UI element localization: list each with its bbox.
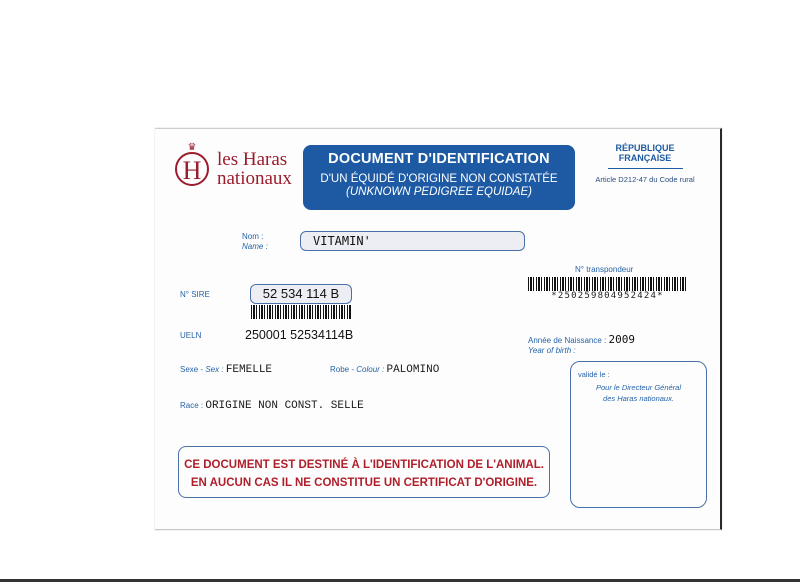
- sire-field: 52 534 114 B: [250, 284, 352, 304]
- logo-line-1: les Haras: [217, 150, 292, 169]
- warning-line-2: EN AUCUN CAS IL NE CONSTITUE UN CERTIFIC…: [179, 474, 549, 492]
- sex-label-fr: Sexe -: [180, 365, 205, 374]
- document-title-banner: DOCUMENT D'IDENTIFICATION D'UN ÉQUIDÉ D'…: [303, 145, 575, 210]
- sex-field: Sexe - Sex : FEMELLE: [180, 365, 272, 375]
- transponder-number: *250259804952424*: [525, 291, 690, 301]
- document-subtitle: D'UN ÉQUIDÉ D'ORIGINE NON CONSTATÉE: [303, 173, 575, 185]
- sex-value: FEMELLE: [226, 364, 272, 376]
- birth-label-fr: Année de Naissance :: [528, 336, 606, 345]
- race-label: Race :: [180, 401, 203, 410]
- race-field: Race : ORIGINE NON CONST. SELLE: [180, 401, 364, 411]
- document-subtitle-english: (UNKNOWN PEDIGREE EQUIDAE): [303, 186, 575, 198]
- validation-label: validé le :: [578, 370, 610, 379]
- signature-line-2: des Haras nationaux.: [571, 393, 706, 404]
- republic-title: RÉPUBLIQUE FRANÇAISE: [590, 143, 700, 163]
- validation-signature: Pour le Directeur Général des Haras nati…: [571, 382, 706, 404]
- warning-line-1: CE DOCUMENT EST DESTINÉ À L'IDENTIFICATI…: [179, 456, 549, 474]
- birth-label: Année de Naissance : 2009 Year of birth …: [528, 335, 635, 356]
- document-title: DOCUMENT D'IDENTIFICATION: [303, 151, 575, 167]
- validation-box: validé le : Pour le Directeur Général de…: [570, 361, 707, 508]
- transponder-barcode: [528, 277, 686, 291]
- colour-label-en: Colour :: [356, 365, 384, 374]
- name-field: VITAMIN': [300, 231, 525, 251]
- signature-line-1: Pour le Directeur Général: [571, 382, 706, 393]
- colour-field: Robe - Colour : PALOMINO: [330, 365, 439, 375]
- divider: [608, 168, 683, 169]
- race-value: ORIGINE NON CONST. SELLE: [205, 400, 363, 412]
- colour-value: PALOMINO: [386, 364, 439, 376]
- legal-article: Article D212-47 du Code rural: [590, 175, 700, 184]
- crown-icon: ♛: [184, 144, 200, 152]
- sire-barcode: [251, 305, 351, 319]
- name-label-fr: Nom :: [242, 232, 268, 242]
- birth-year-value: 2009: [609, 333, 636, 346]
- birth-label-en: Year of birth :: [528, 346, 576, 355]
- ueln-value: 250001 52534114B: [245, 328, 353, 342]
- colour-label-fr: Robe -: [330, 365, 356, 374]
- transponder-label: N° transpondeur: [575, 265, 633, 275]
- sire-label: N° SIRE: [180, 290, 210, 300]
- name-label-en: Name :: [242, 242, 268, 251]
- name-label: Nom : Name :: [242, 232, 268, 252]
- warning-notice: CE DOCUMENT EST DESTINÉ À L'IDENTIFICATI…: [178, 446, 550, 498]
- sex-label-en: Sex :: [205, 365, 223, 374]
- republic-block: RÉPUBLIQUE FRANÇAISE Article D212-47 du …: [590, 143, 700, 184]
- ueln-label: UELN: [180, 331, 201, 341]
- h-emblem-icon: H: [175, 152, 209, 186]
- logo-text: les Haras nationaux: [217, 150, 292, 188]
- logo-line-2: nationaux: [217, 169, 292, 188]
- identification-document: ♛ H les Haras nationaux DOCUMENT D'IDENT…: [155, 128, 722, 530]
